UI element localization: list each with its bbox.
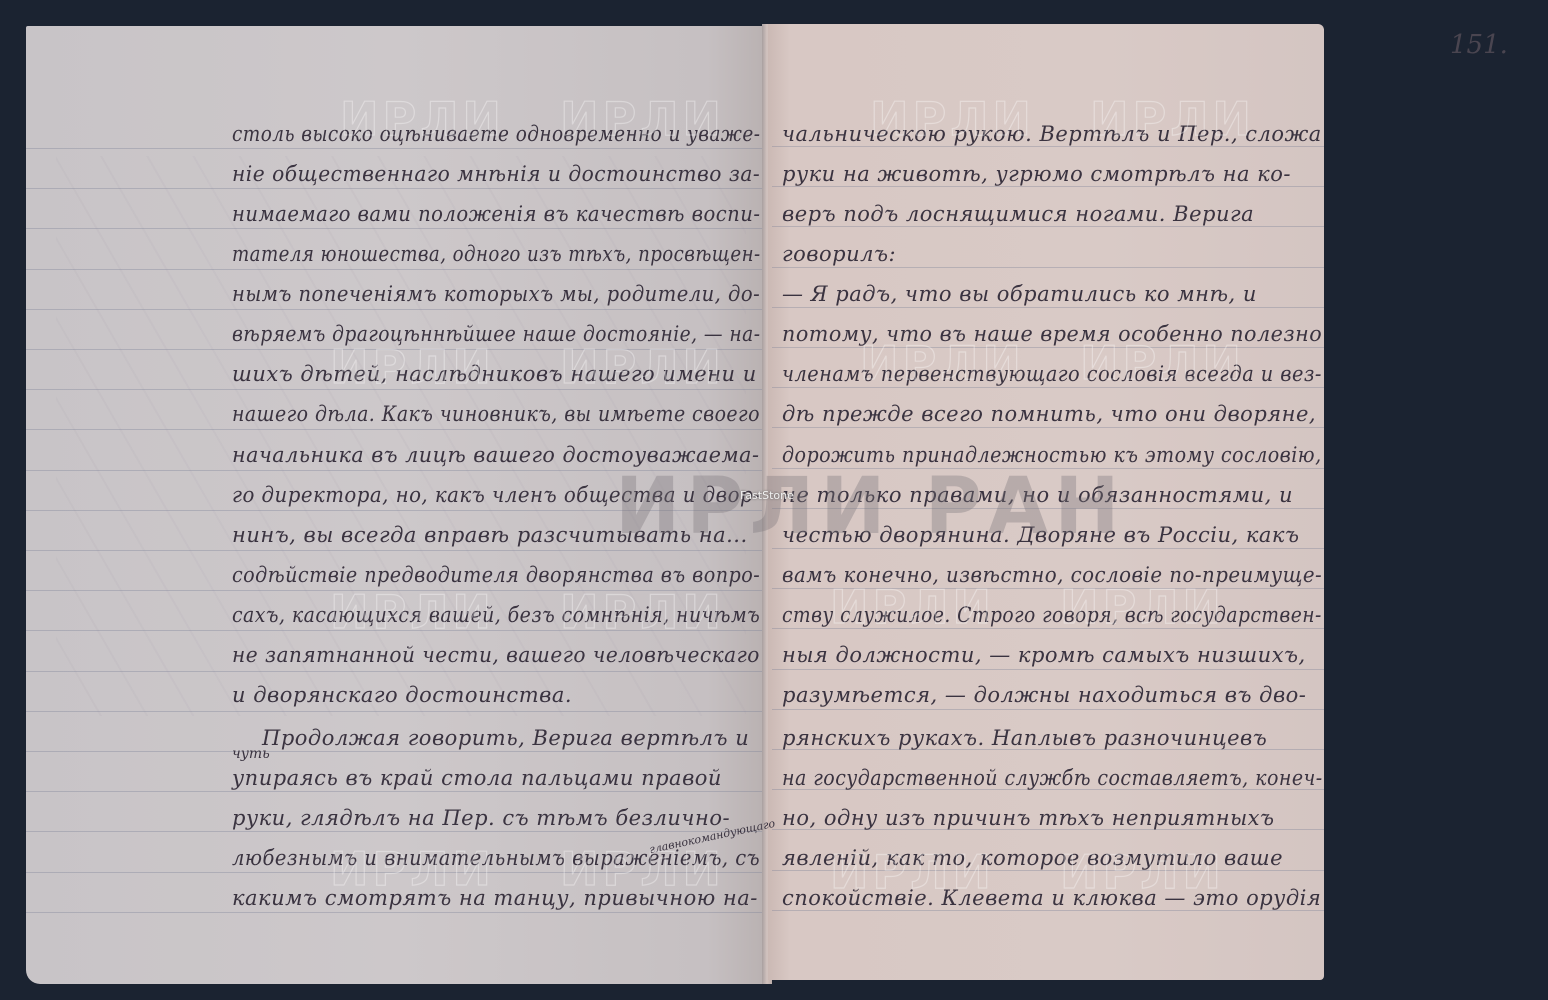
ruled-line: [772, 870, 1324, 871]
manuscript-line: ныя должности, — кромѣ самыхъ низшихъ,: [782, 643, 1306, 667]
ruled-line: [26, 148, 762, 149]
ruled-line: [26, 349, 762, 350]
ruled-line: [772, 427, 1324, 428]
ruled-line: [772, 669, 1324, 670]
ruled-line: [772, 186, 1324, 187]
manuscript-line: явленій, как то, которое возмутило ваше: [782, 846, 1283, 870]
ruled-line: [772, 307, 1324, 308]
ruled-line: [772, 347, 1324, 348]
ruled-line: [26, 671, 762, 672]
ruled-line: [26, 309, 762, 310]
manuscript-line: столь высоко оцѣниваете одновременно и у…: [232, 122, 760, 146]
ruled-line: [772, 910, 1324, 911]
manuscript-line: Продолжая говорить, Верига вертѣлъ и: [262, 726, 749, 750]
manuscript-line: тателя юношества, одного изъ тѣхъ, просв…: [232, 242, 761, 266]
manuscript-line: веръ подъ лоснящимися ногами. Верига: [782, 202, 1254, 226]
manuscript-line: разумѣется, — должны находиться въ дво-: [782, 683, 1306, 707]
bleed-through-texture: [56, 156, 746, 716]
manuscript-line: потому, что въ наше время особенно полез…: [782, 322, 1322, 346]
manuscript-line: говорилъ:: [782, 242, 896, 266]
viewer-stamp: FastStone: [740, 489, 794, 502]
ruled-line: [26, 872, 762, 873]
ruled-line: [26, 470, 762, 471]
manuscript-line: дорожить принадлежностью къ этому сослов…: [782, 443, 1322, 467]
manuscript-line: на государственной службѣ составляетъ, к…: [782, 766, 1323, 790]
manuscript-line: го директора, но, какъ членъ общества и …: [232, 483, 760, 507]
ruled-line: [26, 912, 762, 913]
manuscript-line: нашего дѣла. Какъ чиновникъ, вы имѣете с…: [232, 402, 760, 426]
ruled-line: [26, 550, 762, 551]
manuscript-line: вамъ конечно, извѣстно, сословіе по-преи…: [782, 563, 1322, 587]
manuscript-line: какимъ смотрятъ на танцу, привычною на-: [232, 886, 758, 910]
ruled-line: [772, 226, 1324, 227]
manuscript-line: не только правами, но и обязанностями, и: [782, 483, 1293, 507]
folio-number: 151.: [1450, 30, 1508, 60]
manuscript-line: руки на животѣ, угрюмо смотрѣлъ на ко-: [782, 162, 1291, 186]
manuscript-line: чальническою рукою. Вертѣлъ и Пер., слож…: [782, 122, 1322, 146]
interlinear-insertion: чуть: [232, 746, 270, 762]
manuscript-line: не запятнанной чести, вашего человѣческа…: [232, 643, 760, 667]
ruled-line: [772, 588, 1324, 589]
ruled-line: [26, 269, 762, 270]
ruled-line: [772, 508, 1324, 509]
ruled-line: [26, 228, 762, 229]
ruled-line: [26, 791, 762, 792]
ruled-line: [26, 429, 762, 430]
ruled-line: [26, 590, 762, 591]
ruled-line: [26, 751, 762, 752]
ruled-line: [772, 709, 1324, 710]
manuscript-line: содѣйствіе предводителя дворянства въ во…: [232, 563, 760, 587]
ruled-line: [772, 387, 1324, 388]
manuscript-line: упираясь въ край стола пальцами правой: [232, 766, 722, 790]
manuscript-line: нымъ попеченіямъ которыхъ мы, родители, …: [232, 282, 760, 306]
manuscript-line: но, одну изъ причинъ тѣхъ неприятныхъ: [782, 806, 1275, 830]
manuscript-line: нимаемаго вами положенія въ качествѣ вос…: [232, 202, 760, 226]
manuscript-line: ніе общественнаго мнѣнія и достоинство з…: [232, 162, 760, 186]
ruled-line: [26, 188, 762, 189]
ruled-line: [26, 831, 762, 832]
manuscript-line: честью дворянина. Дворяне въ Россіи, как…: [782, 523, 1299, 547]
ruled-line: [26, 711, 762, 712]
manuscript-line: шихъ дѣтей, наслѣдниковъ нашего имени и: [232, 362, 757, 386]
manuscript-line: и дворянскаго достоинства.: [232, 683, 572, 707]
manuscript-line: членамъ первенствующаго сословія всегда …: [782, 362, 1322, 386]
ruled-line: [772, 267, 1324, 268]
manuscript-line: спокойствіе. Клевета и клюква — это оруд…: [782, 886, 1321, 910]
manuscript-line: начальника въ лицѣ вашего достоуважаема-: [232, 443, 759, 467]
ruled-line: [772, 548, 1324, 549]
manuscript-line: ству служилое. Строго говоря, всѣ госуда…: [782, 603, 1322, 627]
manuscript-line: руки, глядѣлъ на Пер. съ тѣмъ безличнo-: [232, 806, 730, 830]
manuscript-line: — Я радъ, что вы обратились ко мнѣ, и: [782, 282, 1257, 306]
manuscript-line: рянскихъ рукахъ. Наплывъ разночинцевъ: [782, 726, 1267, 750]
manuscript-line: дѣ прежде всего помнить, что они дворяне…: [782, 402, 1316, 426]
ruled-line: [772, 628, 1324, 629]
manuscript-line: сахъ, касающихся вашей, безъ сомнѣнія, н…: [232, 603, 760, 627]
ruled-line: [26, 630, 762, 631]
ruled-line: [26, 510, 762, 511]
manuscript-line: вѣряемъ драгоцѣннѣйшее наше достояніе, —…: [232, 322, 760, 346]
ruled-line: [26, 389, 762, 390]
ruled-line: [772, 146, 1324, 147]
manuscript-line: нинъ, вы всегда вправѣ разсчитывать на..…: [232, 523, 748, 547]
ruled-line: [772, 468, 1324, 469]
